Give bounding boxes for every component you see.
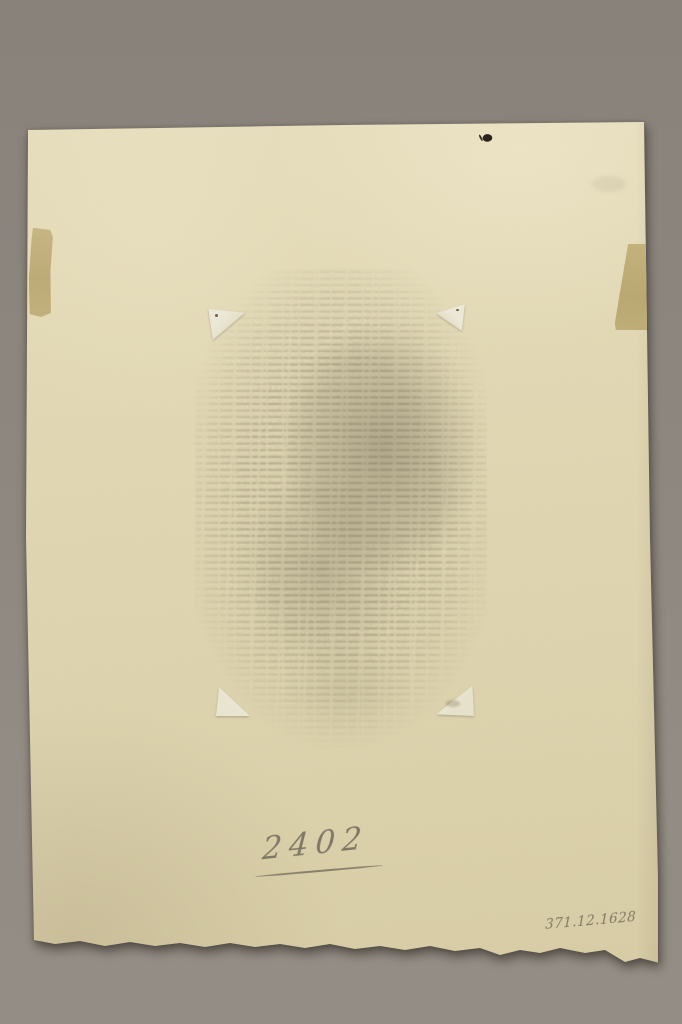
ink-speck bbox=[482, 132, 494, 143]
photo-corner-triangle bbox=[436, 304, 466, 331]
photo-corner-bottom-left bbox=[216, 687, 250, 716]
tape-remnant-right bbox=[612, 244, 647, 330]
paper-sheet-wrap: 2402 371.12.1628 bbox=[24, 118, 658, 970]
photo-corner-triangle bbox=[216, 687, 250, 716]
tape-remnant-left bbox=[28, 228, 53, 318]
photo-corner-triangle bbox=[208, 306, 245, 340]
faint-smudge bbox=[592, 176, 626, 192]
corner-smear bbox=[446, 700, 460, 707]
handwritten-catalog-number: 2402 bbox=[261, 820, 370, 868]
photo-corner-bottom-right bbox=[436, 684, 474, 716]
photo-corner-top-left bbox=[208, 306, 245, 340]
paper-sheet-verso: 2402 371.12.1628 bbox=[24, 118, 658, 970]
photo-corner-top-right bbox=[436, 304, 466, 331]
corner-stain-dot bbox=[215, 314, 218, 317]
inventory-number-inscription: 371.12.1628 bbox=[545, 909, 636, 933]
photograph-background: 2402 371.12.1628 bbox=[0, 0, 682, 1024]
corner-stain-dot bbox=[456, 309, 459, 311]
